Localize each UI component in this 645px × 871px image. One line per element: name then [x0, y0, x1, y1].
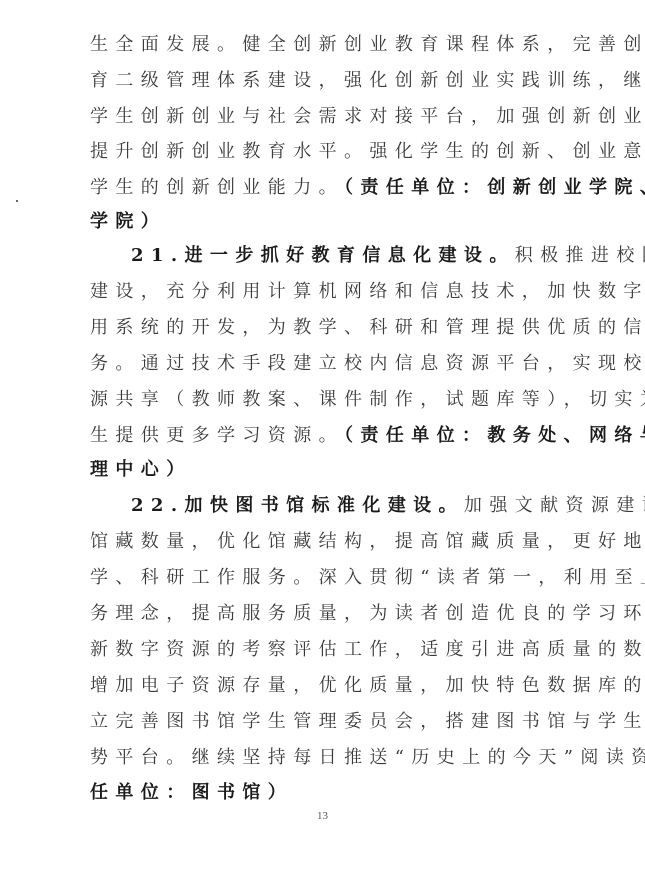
text-line: 务。通过技术手段建立校内信息资源平台，实现校内信息资: [90, 346, 560, 382]
text-line: 22.加快图书馆标准化建设。加强文献资源建设，充实: [131, 488, 601, 524]
bold-text: 学院）: [90, 211, 166, 232]
bold-text: 22.加快图书馆标准化建设。: [131, 495, 464, 516]
body-text: 新数字资源的考察评估工作，适度引进高质量的数字资源，: [90, 639, 645, 660]
body-text: 学生的创新创业能力。: [90, 177, 344, 198]
text-line: 馆藏数量，优化馆藏结构，提高馆藏质量，更好地为教育教: [90, 524, 560, 560]
body-text: 建设，充分利用计算机网络和信息技术，加快数字校园各应: [90, 281, 645, 302]
body-text: 加强文献资源建设，充实: [464, 495, 645, 516]
text-line: 学、科研工作服务。深入贯彻“读者第一，利用至上”的服: [90, 560, 560, 596]
text-line: 提升创新创业教育水平。强化学生的创新、创业意识，提高: [90, 134, 560, 170]
body-text: 学生创新创业与社会需求对接平台，加强创新创业队伍建设，: [90, 106, 645, 127]
text-line: 理中心）: [90, 452, 560, 488]
text-line: 任单位：图书馆）: [90, 775, 560, 811]
text-line: 增加电子资源存量，优化质量，加快特色数据库的建设。建: [90, 668, 560, 704]
body-text: 势平台。继续坚持每日推送“历史上的今天”阅读资料。: [90, 747, 645, 768]
text-line: 生提供更多学习资源。（责任单位：教务处、网络与电教管: [90, 418, 560, 454]
body-text: 务。通过技术手段建立校内信息资源平台，实现校内信息资: [90, 353, 645, 374]
bold-text: （责任单位：创新创业学院、各二级: [344, 177, 645, 198]
text-line: 21.进一步抓好教育信息化建设。积极推进校园数字化: [131, 238, 601, 274]
text-line: 学生的创新创业能力。（责任单位：创新创业学院、各二级: [90, 170, 560, 206]
body-text: 馆藏数量，优化馆藏结构，提高馆藏质量，更好地为教育教: [90, 531, 645, 552]
text-line: 学院）: [90, 204, 560, 240]
body-text: 立完善图书馆学生管理委员会，搭建图书馆与学生沟通的优: [90, 711, 645, 732]
body-text: 积极推进校园数字化: [515, 245, 645, 266]
bold-text: （责任单位：教务处、网络与电教管: [344, 425, 645, 446]
body-text: 提升创新创业教育水平。强化学生的创新、创业意识，提高: [90, 141, 645, 162]
body-text: 源共享（教师教案、课件制作，试题库等），切实为全校师: [90, 389, 645, 410]
body-text: 务理念，提高服务质量，为读者创造优良的学习环境。做好: [90, 603, 645, 624]
margin-mark: [16, 200, 18, 202]
body-text: 用系统的开发，为教学、科研和管理提供优质的信息管理服: [90, 317, 645, 338]
text-line: 势平台。继续坚持每日推送“历史上的今天”阅读资料。（责: [90, 740, 560, 776]
body-text: 增加电子资源存量，优化质量，加快特色数据库的建设。建: [90, 675, 645, 696]
bold-text: 理中心）: [90, 459, 192, 480]
body-text: 育二级管理体系建设，强化创新创业实践训练，继续搭建大: [90, 70, 645, 91]
body-text: 生全面发展。健全创新创业教育课程体系，完善创新创业教: [90, 34, 645, 55]
text-line: 建设，充分利用计算机网络和信息技术，加快数字校园各应: [90, 274, 560, 310]
page-number: 13: [0, 810, 645, 822]
text-line: 用系统的开发，为教学、科研和管理提供优质的信息管理服: [90, 310, 560, 346]
body-text: 生提供更多学习资源。: [90, 425, 344, 446]
bold-text: 任单位：图书馆）: [90, 782, 293, 803]
text-line: 新数字资源的考察评估工作，适度引进高质量的数字资源，: [90, 632, 560, 668]
text-line: 源共享（教师教案、课件制作，试题库等），切实为全校师: [90, 382, 560, 418]
text-line: 务理念，提高服务质量，为读者创造优良的学习环境。做好: [90, 596, 560, 632]
text-line: 学生创新创业与社会需求对接平台，加强创新创业队伍建设，: [90, 99, 560, 135]
text-line: 育二级管理体系建设，强化创新创业实践训练，继续搭建大: [90, 63, 560, 99]
bold-text: 21.进一步抓好教育信息化建设。: [131, 245, 515, 266]
document-page: 生全面发展。健全创新创业教育课程体系，完善创新创业教育二级管理体系建设，强化创新…: [0, 0, 645, 871]
body-text: 学、科研工作服务。深入贯彻“读者第一，利用至上”的服: [90, 567, 645, 588]
text-line: 立完善图书馆学生管理委员会，搭建图书馆与学生沟通的优: [90, 704, 560, 740]
text-line: 生全面发展。健全创新创业教育课程体系，完善创新创业教: [90, 27, 560, 63]
